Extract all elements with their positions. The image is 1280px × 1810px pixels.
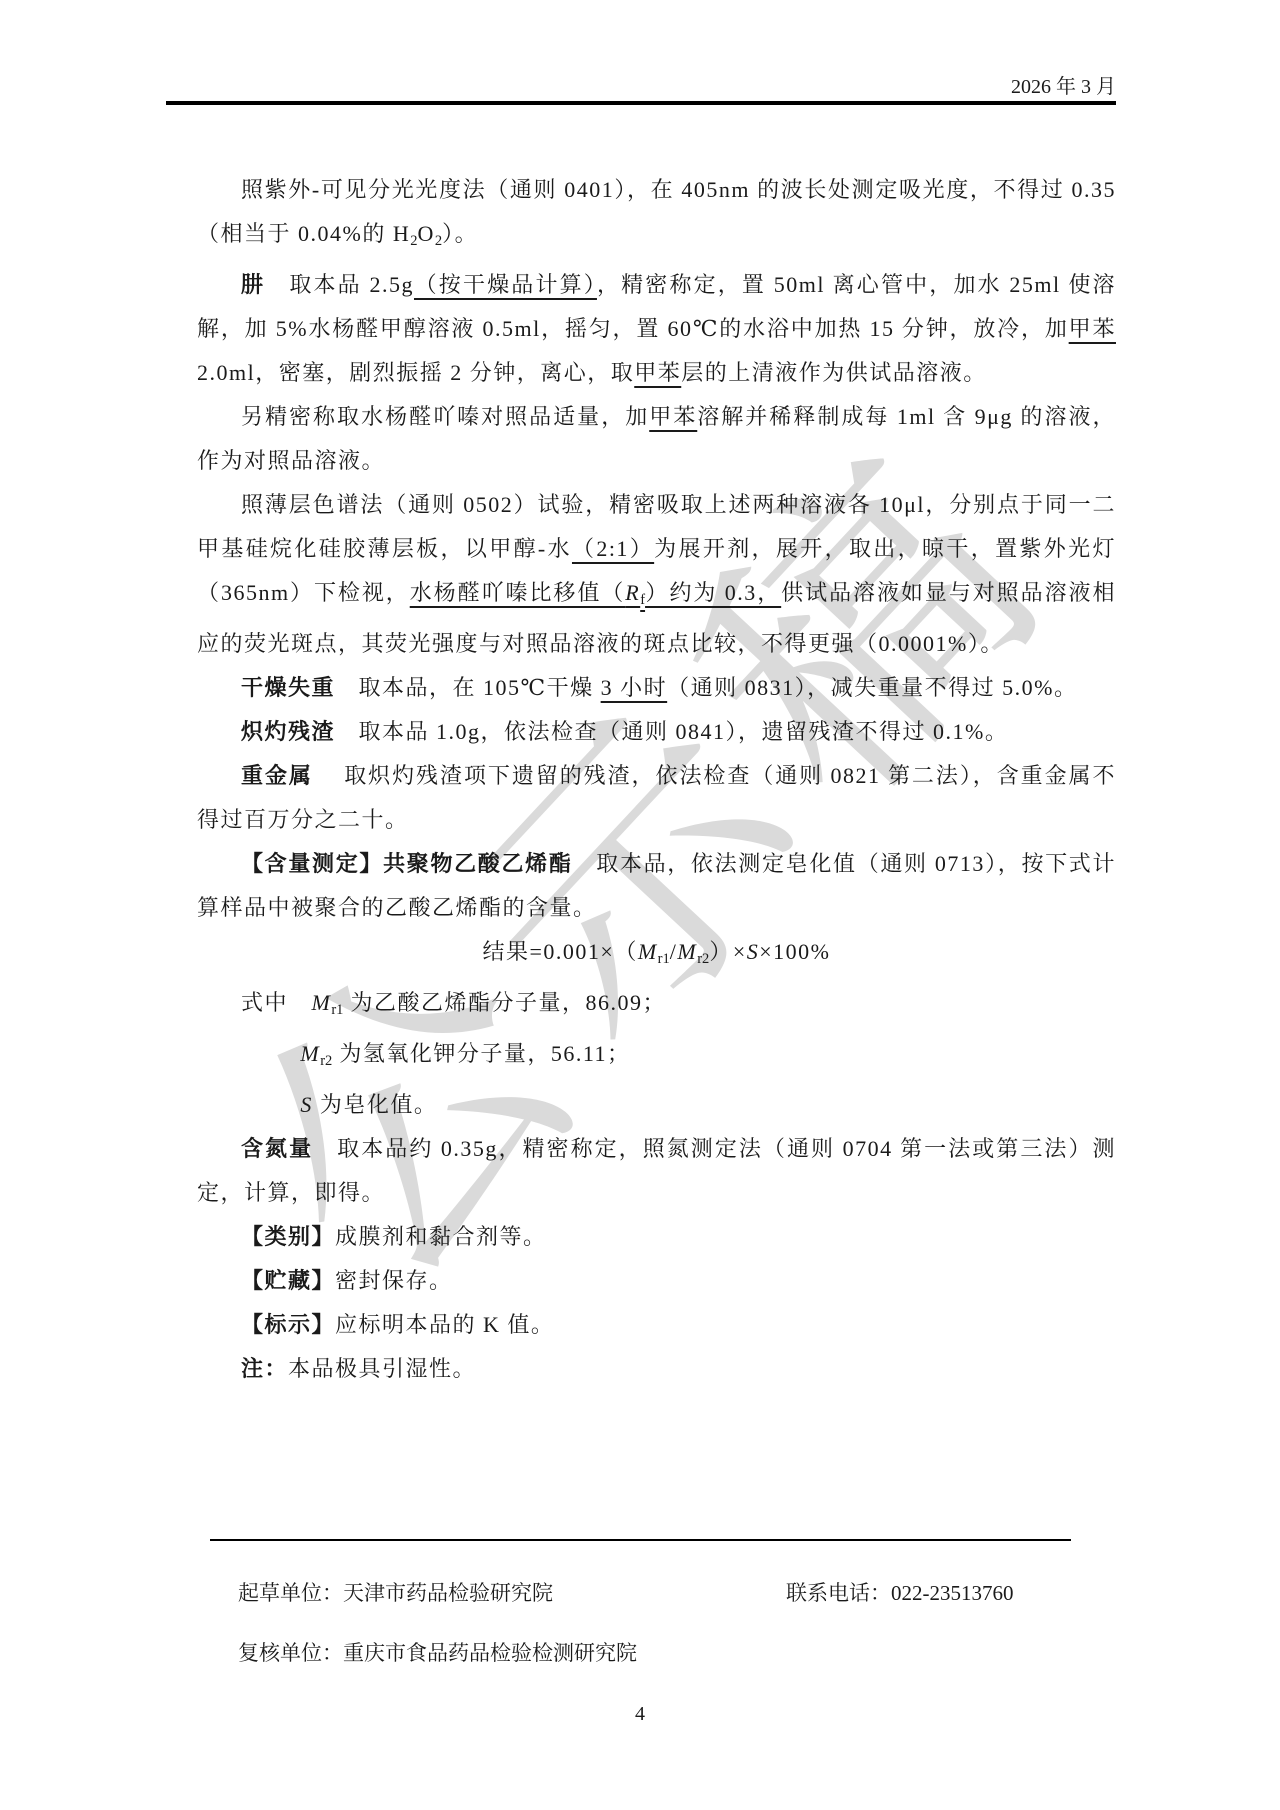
header-rule	[166, 101, 1116, 105]
paragraph: 炽灼残渣 取本品 1.0g，依法检查（通则 0841），遗留残渣不得过 0.1%…	[197, 710, 1116, 754]
footer-rule	[210, 1539, 1071, 1541]
paragraph: 干燥失重 取本品，在 105℃干燥 3 小时（通则 0831），减失重量不得过 …	[197, 666, 1116, 710]
paragraph: 【含量测定】共聚物乙酸乙烯酯 取本品，依法测定皂化值（通则 0713），按下式计…	[197, 842, 1116, 930]
paragraph: 【贮藏】密封保存。	[197, 1259, 1116, 1303]
paragraph: 【标示】应标明本品的 K 值。	[197, 1303, 1116, 1347]
paragraph: 照紫外-可见分光光度法（通则 0401），在 405nm 的波长处测定吸光度，不…	[197, 168, 1116, 263]
paragraph: 另精密称取水杨醛吖嗪对照品适量，加甲苯溶解并稀释制成每 1ml 含 9μg 的溶…	[197, 395, 1116, 483]
document-page: 公示稿 2026 年 3 月 照紫外-可见分光光度法（通则 0401），在 40…	[0, 0, 1280, 1810]
page-number: 4	[0, 1703, 1280, 1726]
paragraph: 重金属 取炽灼残渣项下遗留的残渣，依法检查（通则 0821 第二法），含重金属不…	[197, 754, 1116, 842]
paragraph: 肼 取本品 2.5g（按干燥品计算），精密称定，置 50ml 离心管中，加水 2…	[197, 263, 1116, 395]
footer-contact-phone: 联系电话：022-23513760	[786, 1577, 1014, 1607]
paragraph: 式中 Mr1 为乙酸乙烯酯分子量，86.09；	[197, 981, 1116, 1032]
paragraph: 照薄层色谱法（通则 0502）试验，精密吸取上述两种溶液各 10μl，分别点于同…	[197, 483, 1116, 666]
paragraph: 结果=0.001×（Mr1/Mr2）×S×100%	[197, 930, 1116, 981]
paragraph: Mr2 为氢氧化钾分子量，56.11；	[197, 1032, 1116, 1083]
footer-drafting-unit: 起草单位：天津市药品检验研究院	[238, 1577, 553, 1607]
paragraph: 含氮量 取本品约 0.35g，精密称定，照氮测定法（通则 0704 第一法或第三…	[197, 1127, 1116, 1215]
paragraph: 注：本品极具引湿性。	[197, 1347, 1116, 1391]
footer-review-unit: 复核单位：重庆市食品药品检验检测研究院	[238, 1637, 637, 1667]
document-body: 照紫外-可见分光光度法（通则 0401），在 405nm 的波长处测定吸光度，不…	[197, 168, 1116, 1391]
paragraph: S 为皂化值。	[197, 1083, 1116, 1127]
header-date: 2026 年 3 月	[1011, 70, 1116, 99]
paragraph: 【类别】成膜剂和黏合剂等。	[197, 1215, 1116, 1259]
